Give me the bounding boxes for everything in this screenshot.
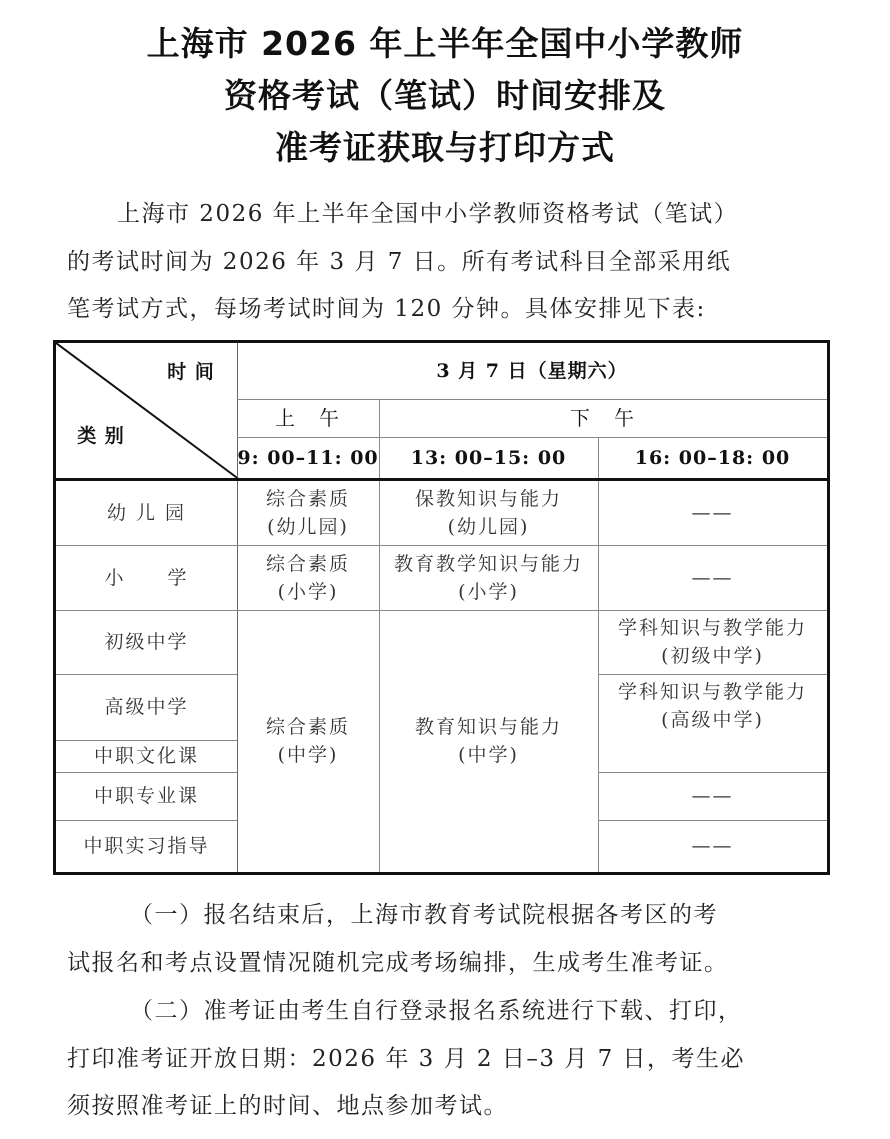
subject-name: 综合素质: [266, 713, 350, 741]
category-senior-high: 高级中学: [56, 674, 237, 740]
kindergarten-slot-1: 综合素质 (幼儿园): [237, 480, 379, 545]
senior-high-slot-3: 学科知识与教学能力 (高级中学): [598, 674, 827, 772]
secondary-slot-2: 教育知识与能力 (中学): [379, 610, 598, 872]
intro-line-3: 笔考试方式，每场考试时间为 120 分钟。具体安排见下表:: [67, 298, 827, 321]
subject-level: (中学): [278, 741, 339, 769]
subject-name: 学科知识与教学能力: [618, 678, 807, 706]
subject-level: (小学): [458, 578, 519, 606]
kindergarten-slot-2: 保教知识与能力 (幼儿园): [379, 480, 598, 545]
slot-header-1: 9: 00–11: 00: [237, 437, 379, 478]
slot-header-3: 16: 00–18: 00: [598, 437, 827, 478]
category-vocational-internship: 中职实习指导: [56, 820, 237, 872]
secondary-slot-1: 综合素质 (中学): [237, 610, 379, 872]
subject-name: 保教知识与能力: [415, 485, 562, 513]
primary-slot-1: 综合素质 (小学): [237, 545, 379, 610]
subject-level: (高级中学): [661, 706, 764, 734]
subject-level: (中学): [458, 741, 519, 769]
category-kindergarten: 幼 儿 园: [56, 480, 237, 545]
subject-level: (幼儿园): [448, 513, 530, 541]
subject-level: (幼儿园): [267, 513, 349, 541]
subject-name: 综合素质: [266, 485, 350, 513]
exam-schedule-table: 时 间 类 别 3 月 7 日（星期六） 上 午 下 午 9: 00–11: 0…: [53, 340, 830, 875]
morning-header: 上 午: [237, 399, 379, 437]
junior-high-slot-3: 学科知识与教学能力 (初级中学): [598, 610, 827, 674]
slot-header-2: 13: 00–15: 00: [379, 437, 598, 478]
subject-name: 综合素质: [266, 550, 350, 578]
intro-line-2: 的考试时间为 2026 年 3 月 7 日。所有考试科目全部采用纸: [67, 251, 827, 274]
category-vocational-major: 中职专业课: [56, 772, 237, 820]
note-2-line-3: 须按照准考证上的时间、地点参加考试。: [67, 1095, 827, 1118]
note-2-line-1: （二）准考证由考生自行登录报名系统进行下载、打印，: [130, 1000, 890, 1023]
vocational-internship-slot-3: ——: [598, 820, 827, 872]
note-2-line-2: 打印准考证开放日期：2026 年 3 月 2 日–3 月 7 日，考生必: [67, 1048, 827, 1071]
page-title-line-2: 资格考试（笔试）时间安排及: [0, 70, 890, 117]
primary-slot-2: 教育教学知识与能力 (小学): [379, 545, 598, 610]
intro-line-1: 上海市 2026 年上半年全国中小学教师资格考试（笔试）: [117, 203, 877, 226]
page-title-line-3: 准考证获取与打印方式: [0, 122, 890, 169]
subject-name: 教育教学知识与能力: [394, 550, 583, 578]
subject-name: 教育知识与能力: [415, 713, 562, 741]
corner-label-category: 类 别: [66, 421, 136, 451]
primary-slot-3: ——: [598, 545, 827, 610]
note-1-line-2: 试报名和考点设置情况随机完成考场编排，生成考生准考证。: [67, 952, 827, 975]
kindergarten-slot-3: ——: [598, 480, 827, 545]
vocational-major-slot-3: ——: [598, 772, 827, 820]
subject-level: (初级中学): [661, 642, 764, 670]
category-vocational-culture: 中职文化课: [56, 740, 237, 772]
page-title-line-1: 上海市 2026 年上半年全国中小学教师: [0, 18, 890, 65]
subject-level: (小学): [278, 578, 339, 606]
category-junior-high: 初级中学: [56, 610, 237, 674]
date-header: 3 月 7 日（星期六）: [237, 343, 827, 399]
category-primary: 小 学: [56, 545, 237, 610]
corner-label-time: 时 间: [151, 357, 231, 387]
note-1-line-1: （一）报名结束后，上海市教育考试院根据各考区的考: [130, 904, 890, 927]
subject-name: 学科知识与教学能力: [618, 614, 807, 642]
afternoon-header: 下 午: [379, 399, 827, 437]
